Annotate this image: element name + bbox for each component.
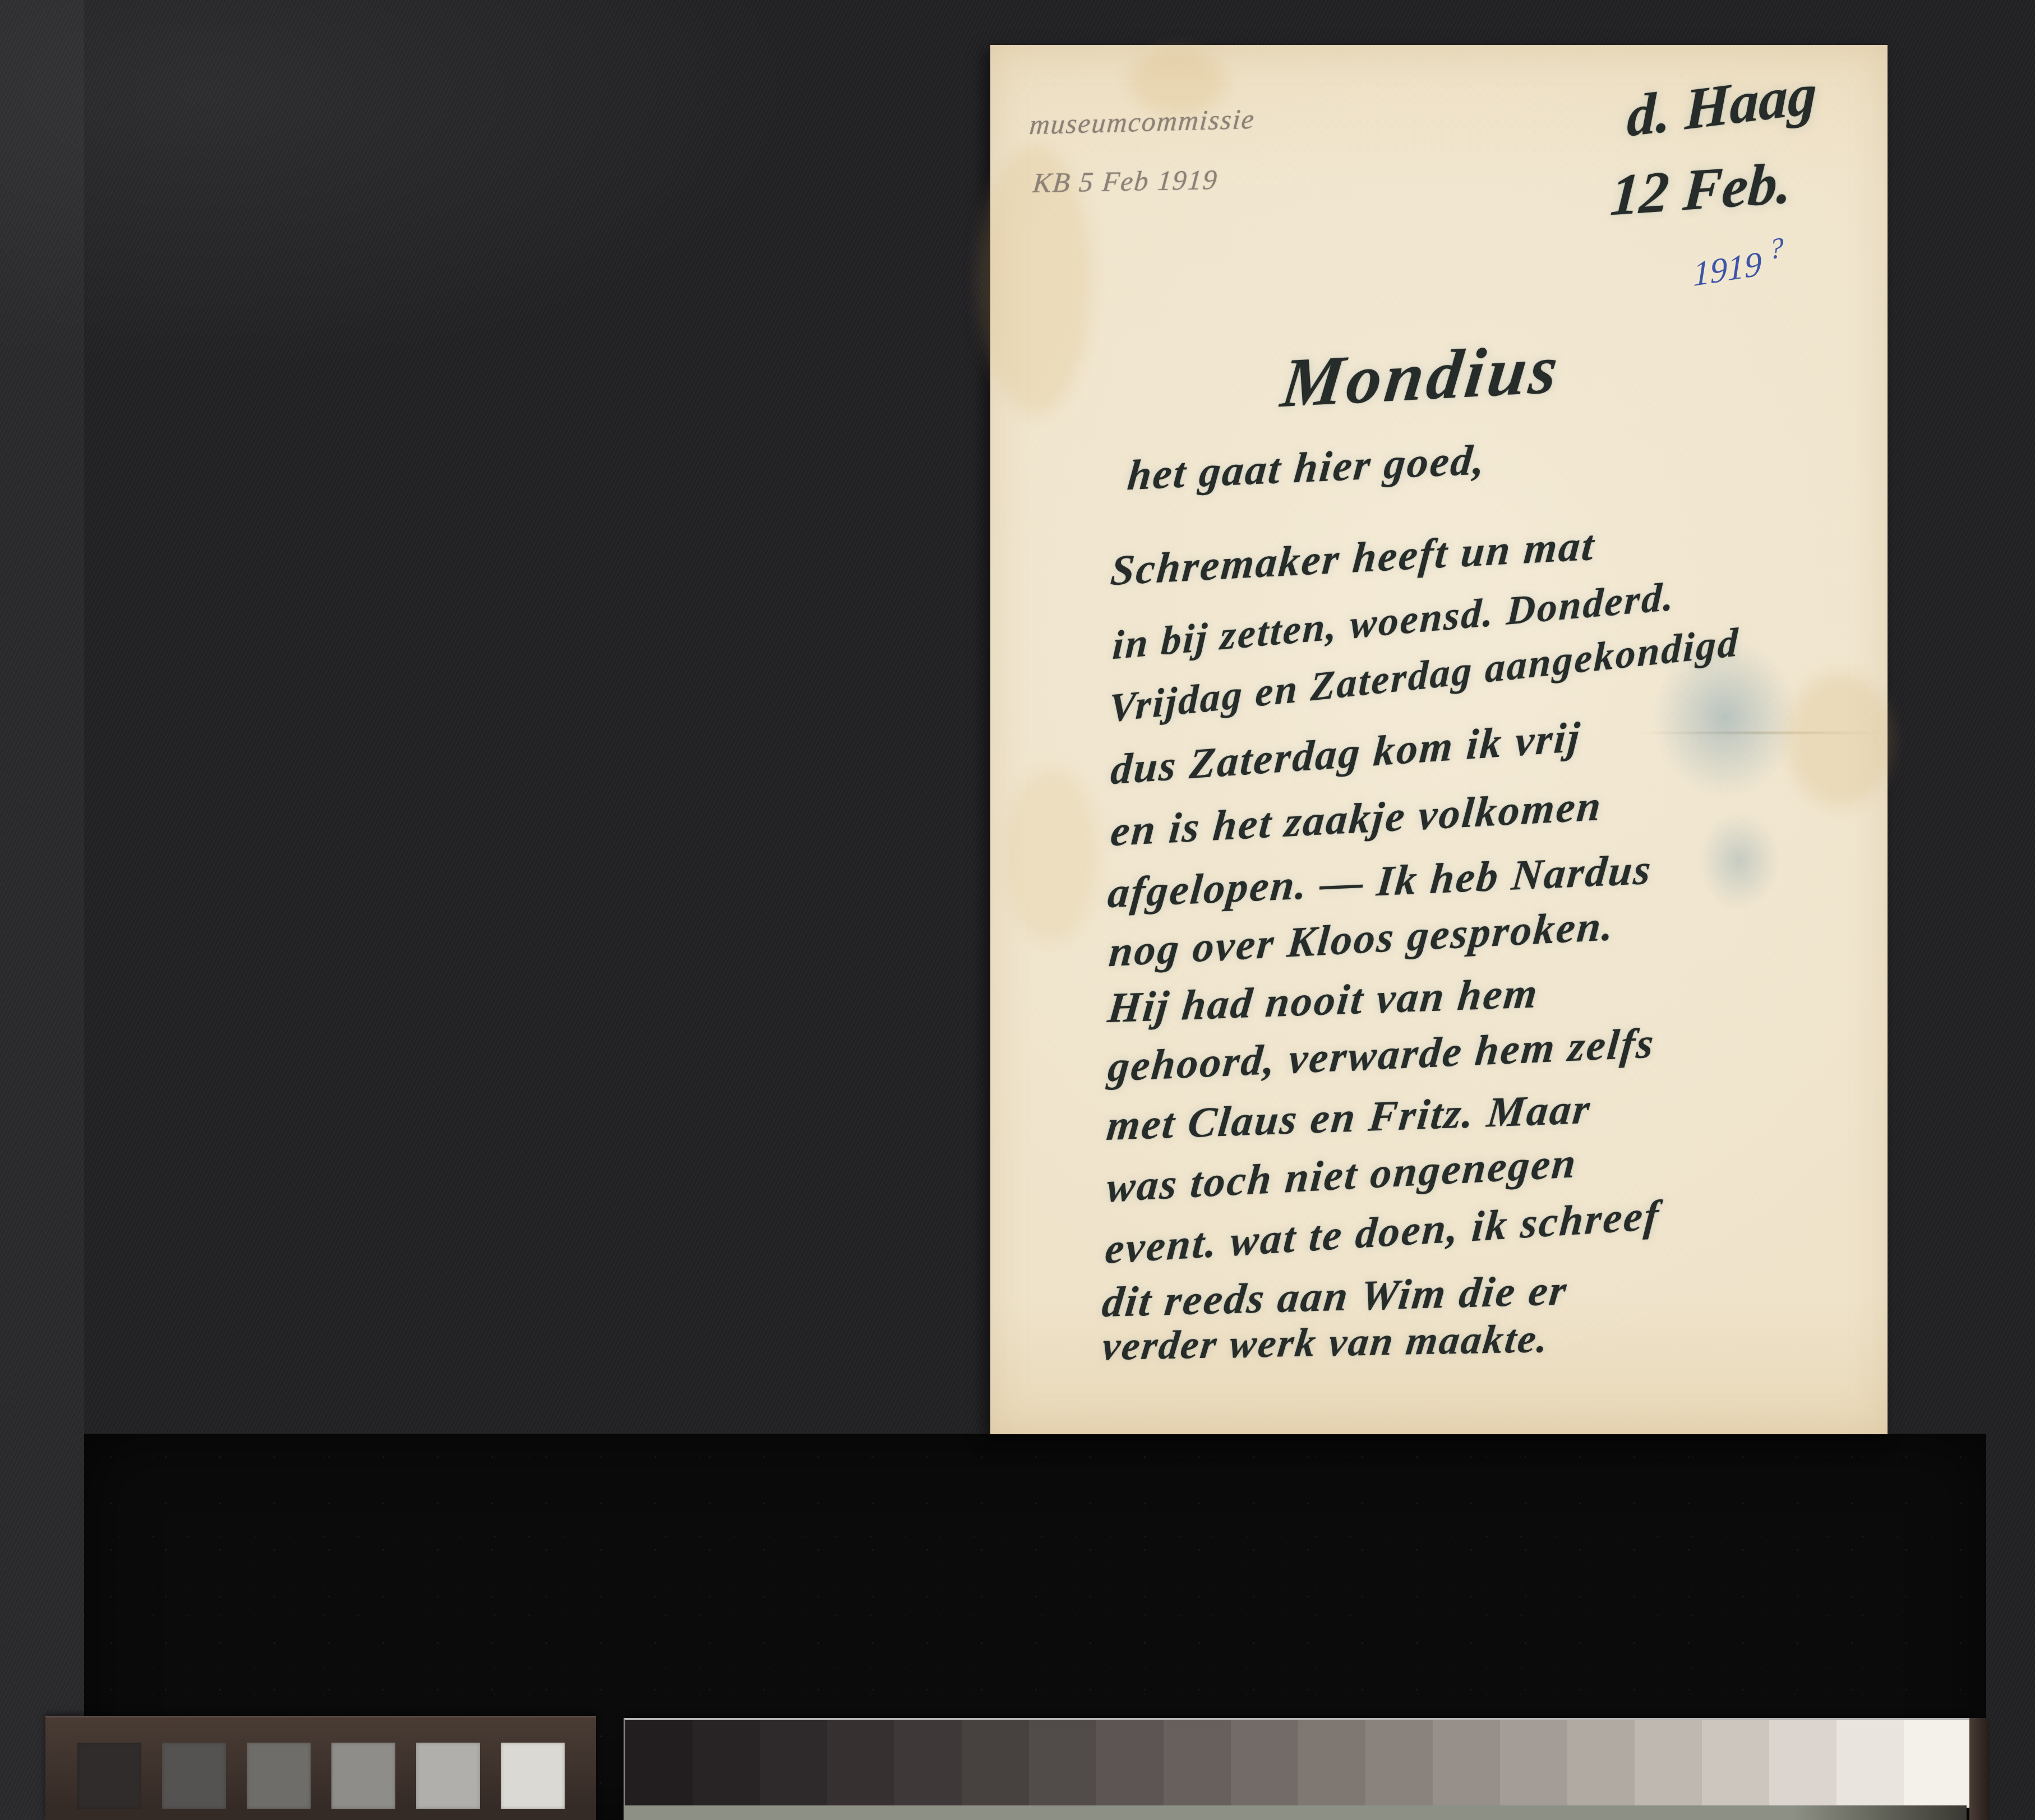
- body-line-2: Schremaker heeft un mat: [1109, 521, 1597, 595]
- wedge-step-5: [894, 1720, 962, 1808]
- body-line-6: en is het zaakje volkomen: [1109, 782, 1604, 856]
- wedge-step-9: [1164, 1720, 1231, 1808]
- wedge-step-3: [760, 1720, 827, 1808]
- body-line-5: dus Zaterdag kom ik vrij: [1109, 713, 1583, 794]
- wedge-step-15: [1567, 1720, 1635, 1808]
- letter-page: museumcommissie KB 5 Feb 1919 d. Haag 12…: [990, 45, 1888, 1434]
- wedge-step-19: [1836, 1720, 1904, 1808]
- wedge-step-12: [1365, 1720, 1433, 1808]
- wedge-step-6: [962, 1720, 1029, 1808]
- wedge-frame-edge: [1969, 1718, 1990, 1820]
- grayscale-patches: [45, 1716, 596, 1820]
- wedge-step-14: [1500, 1720, 1567, 1808]
- wedge-step-1: [625, 1720, 693, 1808]
- wedge-step-13: [1433, 1720, 1500, 1808]
- wedge-base-band: [624, 1805, 1967, 1820]
- wedge-step-20: [1904, 1720, 1971, 1808]
- wedge-step-11: [1298, 1720, 1365, 1808]
- body-line-1: het gaat hier goed,: [1125, 436, 1488, 500]
- body-line-11: met Claus en Fritz. Maar: [1104, 1085, 1594, 1151]
- gray-patch-6: [501, 1743, 565, 1809]
- grayscale-step-wedge: [624, 1718, 1971, 1808]
- gray-patch-1: [77, 1743, 141, 1809]
- gray-patch-4: [331, 1743, 395, 1809]
- wedge-step-4: [827, 1720, 894, 1808]
- gray-patch-2: [162, 1743, 226, 1809]
- gray-patch-5: [416, 1743, 480, 1809]
- gray-patch-3: [247, 1743, 311, 1809]
- letter-body: het gaat hier goed,Schremaker heeft un m…: [990, 45, 1888, 1434]
- wedge-step-8: [1096, 1720, 1164, 1808]
- wedge-step-2: [693, 1720, 760, 1808]
- wedge-step-18: [1769, 1720, 1836, 1808]
- body-line-9: Hij had nooit van hem: [1105, 969, 1541, 1033]
- body-line-15: verder werk van maakte.: [1100, 1315, 1552, 1370]
- wedge-step-16: [1635, 1720, 1702, 1808]
- archival-letter-photograph: museumcommissie KB 5 Feb 1919 d. Haag 12…: [0, 0, 2035, 1820]
- wedge-step-10: [1231, 1720, 1298, 1808]
- wedge-step-7: [1029, 1720, 1096, 1808]
- wedge-step-17: [1702, 1720, 1769, 1808]
- grayscale-patch-card: [45, 1716, 596, 1820]
